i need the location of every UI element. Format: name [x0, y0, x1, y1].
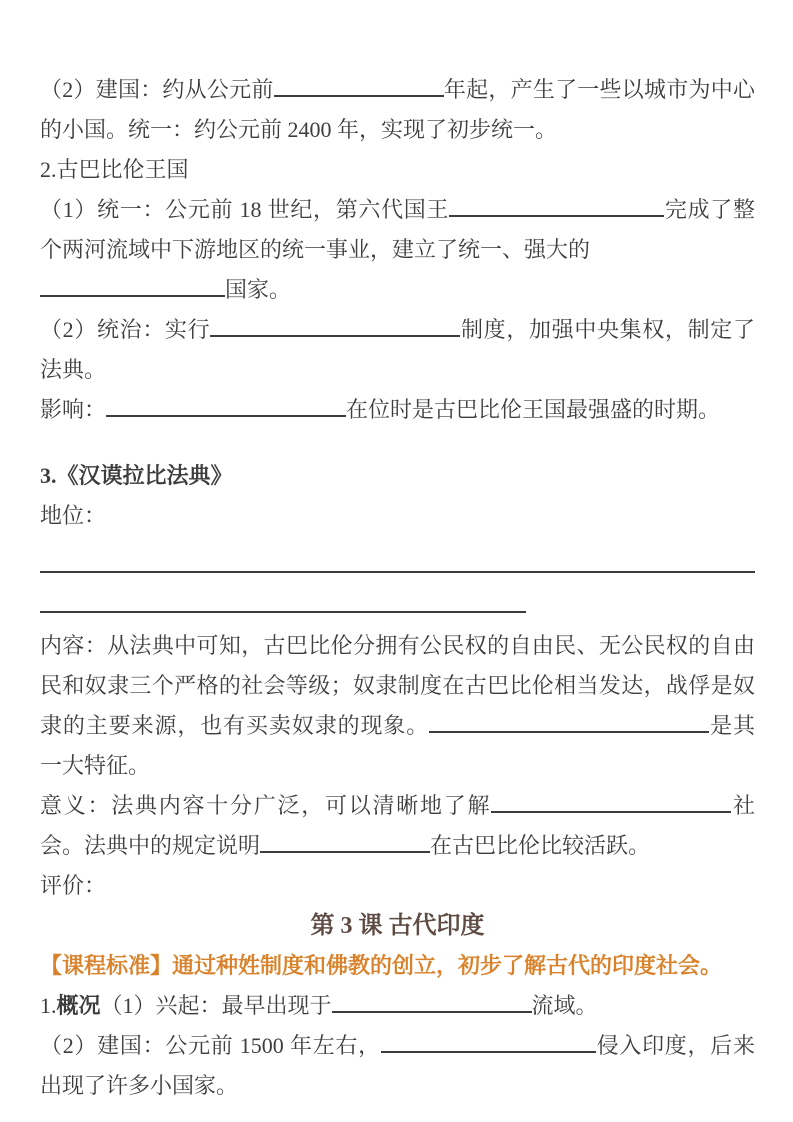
fill-in-blank — [40, 599, 526, 613]
fill-in-blank — [332, 999, 532, 1013]
fill-in-blank — [381, 1039, 596, 1053]
text-run: 国家。 — [225, 277, 291, 302]
lesson-heading-ancient-india: 第 3 课 古代印度 — [40, 906, 755, 946]
paragraph-india-overview: 1.概况（1）兴起：最早出现于流域。 — [40, 986, 755, 1026]
paragraph-babylon-impact: 影响：在位时是古巴比伦王国最强盛的时期。 — [40, 390, 755, 430]
text-run: （2）建国：约从公元前 — [40, 77, 274, 102]
fill-in-blank — [210, 323, 460, 337]
curriculum-standard-line: 【课程标准】通过种姓制度和佛教的创立，初步了解古代的印度社会。 — [40, 946, 755, 986]
heading-code-of-hammurabi: 3.《汉谟拉比法典》 — [40, 456, 755, 496]
paragraph-india-founding: （2）建国：公元前 1500 年左右，侵入印度，后来出现了许多小国家。 — [40, 1026, 755, 1106]
text-run: （1）兴起：最早出现于 — [101, 993, 332, 1018]
text-run: （1）统一：公元前 18 世纪，第六代国王 — [40, 197, 449, 222]
text-run: 意义：法典内容十分广泛，可以清晰地了解 — [40, 793, 491, 818]
heading-babylon-kingdom: 2.古巴比伦王国 — [40, 150, 755, 190]
worksheet-page: （2）建国：约从公元前年起，产生了一些以城市为中心的小国。统一：约公元前 240… — [0, 0, 793, 1122]
fill-in-blank — [429, 719, 709, 733]
text-run: （2）建国：公元前 1500 年左右， — [40, 1033, 381, 1058]
text-run-bold: 概况 — [57, 993, 101, 1018]
paragraph-code-content: 内容：从法典中可知，古巴比伦分拥有公民权的自由民、无公民权的自由民和奴隶三个严格… — [40, 626, 755, 786]
text-run: 在古巴比伦比较活跃。 — [430, 833, 650, 858]
label-status: 地位： — [40, 496, 755, 536]
fill-in-blank — [449, 203, 664, 217]
paragraph-babylon-founding: （2）建国：约从公元前年起，产生了一些以城市为中心的小国。统一：约公元前 240… — [40, 70, 755, 150]
paragraph-code-meaning: 意义：法典内容十分广泛，可以清晰地了解社会。法典中的规定说明在古巴比伦比较活跃。 — [40, 786, 755, 866]
label-evaluation: 评价： — [40, 866, 755, 906]
text-run: 在位时是古巴比伦王国最强盛的时期。 — [346, 397, 720, 422]
fill-in-blank — [274, 83, 444, 97]
paragraph-babylon-state: 国家。 — [40, 270, 755, 310]
answer-rule-line — [40, 586, 755, 626]
text-run: （2）统治：实行 — [40, 317, 210, 342]
fill-in-blank — [40, 559, 755, 573]
answer-rule-line — [40, 546, 755, 586]
paragraph-babylon-rule: （2）统治：实行制度，加强中央集权，制定了法典。 — [40, 310, 755, 390]
fill-in-blank — [40, 283, 225, 297]
text-run: 1. — [40, 993, 57, 1018]
text-run: 流域。 — [532, 993, 598, 1018]
paragraph-babylon-unify: （1）统一：公元前 18 世纪，第六代国王完成了整个两河流域中下游地区的统一事业… — [40, 190, 755, 270]
fill-in-blank — [491, 799, 731, 813]
fill-in-blank — [260, 839, 430, 853]
fill-in-blank — [106, 403, 346, 417]
text-run: 影响： — [40, 397, 106, 422]
